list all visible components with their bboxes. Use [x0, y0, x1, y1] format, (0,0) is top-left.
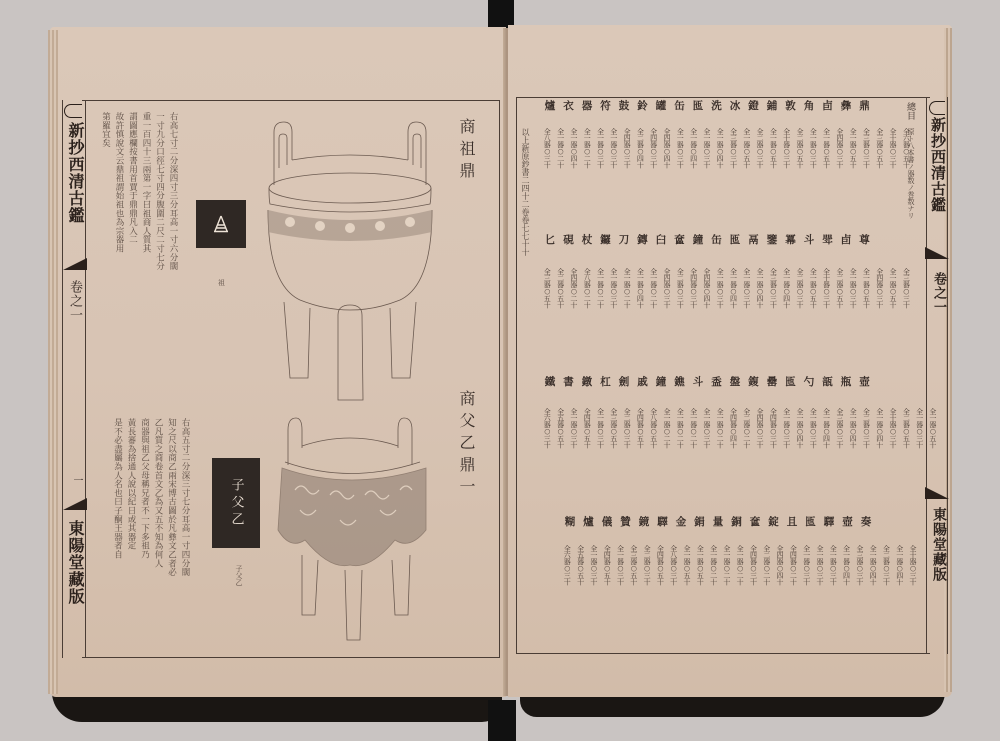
heading-cell: 戚 [633, 376, 652, 388]
count-column: 全一器○二十 [620, 268, 633, 368]
heading-cell: 卣 [818, 100, 837, 112]
toc-label: 總目 [904, 102, 917, 120]
count-column: 全一器○三十 [673, 128, 686, 233]
spine-publisher-right: 東陽堂藏版 [929, 507, 949, 582]
count-column: 全一器○三十 [826, 545, 839, 645]
description-col: 第羅宜矣 [100, 112, 111, 362]
count-column: 全一器○三十 [606, 268, 619, 368]
count-column: 全一器○二十 [646, 268, 659, 368]
seal-inscription-zu [196, 200, 246, 248]
item-title-shang-zu-ding: 商祖鼎 [455, 118, 478, 184]
spine-fish-mouth-icon [64, 104, 82, 118]
count-column: 全四器○五十 [653, 545, 666, 645]
heading-cell: 鋪 [762, 100, 781, 112]
heading-cell: 敦 [781, 100, 800, 112]
count-column: 全一器○三十 [813, 545, 826, 645]
count-column: 全三器○五十 [540, 268, 553, 368]
heading-cell: 糊 [560, 516, 579, 528]
heading-cell: 洗 [707, 100, 726, 112]
seal-caption-zu: 祖 [218, 278, 225, 288]
heading-cell: 刀 [614, 234, 633, 246]
count-column: 全六器○五十 [899, 128, 912, 233]
section-2-data-table: 全三器○三十全一器○五十全四器○三十全一器○五十全一器○三十全二器○五十全十器○… [540, 268, 912, 368]
description-col: 商器與祖乙父母稱兄者不一下多祖乃 [139, 418, 150, 658]
count-column: 全二器○三十 [620, 408, 633, 508]
count-column: 全一器○二十 [553, 128, 566, 233]
heading-cell: 杠 [596, 376, 615, 388]
count-column: 全一器○五十 [766, 128, 779, 233]
count-column: 全一器○四十 [726, 268, 739, 368]
count-column: 全二器○三十 [859, 408, 872, 508]
count-column: 全一器○四十 [686, 128, 699, 233]
heading-cell: 勺 [799, 376, 818, 388]
bookmark-ribbon-bottom [488, 700, 516, 741]
count-column: 全一器○四十 [753, 268, 766, 368]
heading-cell: 鼓 [614, 100, 633, 112]
heading-cell: 爐 [540, 100, 559, 112]
heading-cell: 彝 [836, 100, 855, 112]
count-column: 全八器○五十 [646, 408, 659, 508]
heading-cell: 器 [577, 100, 596, 112]
spine-title-right: 新抄西清古鑑 [928, 117, 949, 213]
heading-cell: 鍑 [744, 376, 763, 388]
heading-cell: 錠 [764, 516, 783, 528]
count-column: 全四器○五十 [580, 408, 593, 508]
count-column: 全五器○五十 [573, 545, 586, 645]
heading-cell: 缶 [707, 234, 726, 246]
count-column: 全十器○三十 [779, 128, 792, 233]
ancestor-glyph-icon [213, 215, 229, 233]
heading-cell: 匕 [540, 234, 559, 246]
heading-cell: 爐 [579, 516, 598, 528]
section-3-headings: 壺 瓶 瓿 勺 匜 罍 鍑 盤 盉 斗 鐎 鐘 戚 劍 杠 鐓 書 鐵 [540, 376, 873, 388]
count-column: 全一器○三十 [806, 408, 819, 508]
count-column: 全一器○四十 [866, 545, 879, 645]
count-column: 全一器○五十 [819, 128, 832, 233]
heading-cell: 斗 [688, 376, 707, 388]
count-column: 全一器○四十 [839, 545, 852, 645]
heading-cell: 衣 [559, 100, 578, 112]
heading-cell: 鐙 [744, 100, 763, 112]
count-column: 全一器○二十 [580, 128, 593, 233]
count-column: 全三器○三十 [899, 268, 912, 368]
heading-cell: 奏 [856, 516, 875, 528]
count-column: 全一器○三十 [799, 545, 812, 645]
count-column: 全二器○五十 [793, 128, 806, 233]
count-column: 全四器○三十 [686, 268, 699, 368]
count-column: 全三器○五十 [872, 128, 885, 233]
count-column: 全十器○三十 [886, 128, 899, 233]
count-column: 全一器○二十 [660, 408, 673, 508]
description-col: 一寸九分口徑七寸四分腹圍二尺二寸七分 [154, 112, 165, 362]
description-col: 右高五寸二分深三寸七分耳高一寸四分闊 [180, 418, 191, 658]
count-column: 全一器○三十 [806, 128, 819, 233]
heading-cell: 冰 [725, 100, 744, 112]
heading-cell: 杖 [577, 234, 596, 246]
heading-cell: 匜 [801, 516, 820, 528]
section-4-data-table: 全十器○三十全一器○四十全二器○三十全一器○四十全三器○三十全一器○四十全一器○… [560, 545, 919, 645]
count-column: 全一器○二十 [706, 545, 719, 645]
count-column: 全二器○二十 [739, 408, 752, 508]
count-column: 全一器○二十 [686, 408, 699, 508]
count-column: 全二器○五十 [833, 268, 846, 368]
heading-cell: 鐵 [540, 376, 559, 388]
section-1-data-table: 全六器○五十全十器○三十全三器○五十全三器○三十全一器○五十全四器○三十全一器○… [540, 128, 912, 233]
description-col: 謂圖應欄按書用首賈于鼎鼎凡入二 [127, 112, 138, 362]
count-column: 全三器○三十 [859, 128, 872, 233]
count-column: 全五器○五十 [553, 408, 566, 508]
description-col: 是不必盡屬為人名也曰子酮王器者自 [112, 418, 123, 658]
heading-cell: 盉 [707, 376, 726, 388]
heading-cell: 銅 [727, 516, 746, 528]
section-1-headings: 鼎 彝 卣 角 敦 鋪 鐙 冰 洗 匜 缶 罐 鈴 鼓 符 器 衣 爐 [540, 100, 873, 112]
heading-cell: 瓿 [818, 376, 837, 388]
count-column: 全四器○三十 [746, 545, 759, 645]
heading-cell: 鼎 [855, 100, 874, 112]
count-column: 全四器○三十 [872, 268, 885, 368]
count-column: 全十器○三十 [906, 545, 919, 645]
count-column: 全八器○三十 [666, 545, 679, 645]
count-column: 全三器○三十 [853, 545, 866, 645]
heading-cell: 鬲 [744, 234, 763, 246]
count-column: 全一器○二十 [713, 408, 726, 508]
count-column: 全十器○三十 [819, 268, 832, 368]
section-2-headings: 尊 卣 斝 斗 冪 鑒 鬲 匜 缶 鐘 奩 臼 鏄 刀 鑼 杖 硯 匕 [540, 234, 873, 246]
count-column: 全四器○二十 [786, 545, 799, 645]
count-column: 全十器○三十 [886, 408, 899, 508]
count-column: 全三器○三十 [726, 128, 739, 233]
count-column: 全一器○三十 [739, 268, 752, 368]
count-column: 全三器○五十 [626, 545, 639, 645]
count-column: 全一器○五十 [680, 545, 693, 645]
heading-cell: 角 [799, 100, 818, 112]
heading-cell: 金 [671, 516, 690, 528]
heading-cell: 罍 [762, 376, 781, 388]
count-column: 全一器○二十 [593, 268, 606, 368]
count-column: 全四器○五十 [633, 408, 646, 508]
count-column: 全一器○三十 [587, 545, 600, 645]
count-column: 全一器○三十 [700, 408, 713, 508]
count-column: 全一器○三十 [713, 268, 726, 368]
heading-cell: 匜 [725, 234, 744, 246]
heading-cell: 盤 [725, 376, 744, 388]
left-page-edge [48, 30, 58, 694]
count-column: 全八器○二十 [580, 268, 593, 368]
heading-cell: 斝 [818, 234, 837, 246]
count-column: 全一器○五十 [846, 128, 859, 233]
heading-cell: 鐘 [651, 376, 670, 388]
item-title-shang-fu-yi-ding: 商父乙鼎一 [455, 390, 478, 500]
count-column: 全一器○三十 [593, 408, 606, 508]
seal-inscription-zi-fu-yi: 子父乙 [212, 458, 260, 548]
count-column: 全四器○四十 [660, 128, 673, 233]
count-column: 全二器○二十 [759, 545, 772, 645]
count-column: 全四器○三十 [646, 128, 659, 233]
heading-cell: 壺 [838, 516, 857, 528]
count-column: 全一器○四十 [846, 408, 859, 508]
seal-glyph-text: 子父乙 [227, 478, 246, 529]
count-column: 全一器○四十 [793, 408, 806, 508]
count-column: 全四器○四十 [773, 545, 786, 645]
right-spine-column: 新抄西清古鑑 卷之一 東陽堂藏版 [926, 97, 948, 654]
heading-cell: 硯 [559, 234, 578, 246]
heading-cell: 且 [782, 516, 801, 528]
count-column: 全一器○五十 [886, 268, 899, 368]
heading-cell: 鈴 [633, 100, 652, 112]
count-column: 全一器○三十 [593, 128, 606, 233]
count-column: 全一器○三十 [606, 128, 619, 233]
count-column: 全一器○四十 [892, 545, 905, 645]
count-column: 全四器○三十 [766, 408, 779, 508]
count-column: 全四器○三十 [833, 128, 846, 233]
count-column: 全二器○四十 [633, 128, 646, 233]
heading-cell: 缶 [670, 100, 689, 112]
heading-cell: 符 [596, 100, 615, 112]
heading-cell: 奩 [745, 516, 764, 528]
heading-cell: 量 [708, 516, 727, 528]
item-description-2: 右高五寸二分深三寸七分耳高一寸四分闊 知之尺以商乙兩宋博古圖於凡彝文乙者必 乙凡… [100, 418, 190, 658]
count-column: 全一器○二十 [673, 408, 686, 508]
count-column: 全四器○五十 [600, 545, 613, 645]
count-column: 全四器○三十 [620, 128, 633, 233]
count-column: 全一器○四十 [872, 408, 885, 508]
count-column: 全一器○五十 [926, 408, 939, 508]
count-column: 全一器○三十 [700, 128, 713, 233]
heading-cell: 驛 [819, 516, 838, 528]
description-col: 故許慎說文云鼎祖謂始祖也為宗器用 [114, 112, 125, 362]
heading-cell: 鐘 [688, 234, 707, 246]
count-column: 全三器○三十 [766, 268, 779, 368]
heading-cell: 匜 [781, 376, 800, 388]
count-column: 全三器○五十 [606, 408, 619, 508]
description-col: 知之尺以商乙兩宋博古圖於凡彝文乙者必 [166, 418, 177, 658]
heading-cell: 鐎 [670, 376, 689, 388]
count-column: 全一器○三十 [613, 545, 626, 645]
count-column: 全一器○五十 [859, 268, 872, 368]
count-column: 全三器○三十 [833, 408, 846, 508]
count-column: 全一器○四十 [779, 268, 792, 368]
count-column: 全四器○二十 [567, 268, 580, 368]
count-column: 全六器○三十 [540, 408, 553, 508]
heading-cell: 壺 [855, 376, 874, 388]
count-column: 全一器○五十 [693, 545, 706, 645]
count-column: 全一器○二十 [733, 545, 746, 645]
count-column: 全二器○五十 [899, 408, 912, 508]
count-column: 全二器○五十 [553, 268, 566, 368]
count-column: 全二器○三十 [879, 545, 892, 645]
heading-cell: 鑒 [762, 234, 781, 246]
heading-cell: 書 [559, 376, 578, 388]
count-column: 全一器○三十 [846, 268, 859, 368]
heading-cell: 奩 [670, 234, 689, 246]
count-column: 全二器○三十 [793, 268, 806, 368]
heading-cell: 驛 [653, 516, 672, 528]
count-column: 全六器○三十 [560, 545, 573, 645]
heading-cell: 卣 [836, 234, 855, 246]
count-column: 全四器○三十 [753, 408, 766, 508]
count-column: 全二器○三十 [640, 545, 653, 645]
section-4-headings: 奏 壺 驛 匜 且 錠 奩 銅 量 鋗 金 驛 鏡 贊 儀 爐 糊 [560, 516, 875, 528]
count-column: 全四器○三十 [660, 268, 673, 368]
ding-vessel-illustration-2 [260, 410, 440, 650]
count-column: 全一器○四十 [567, 128, 580, 233]
heading-cell: 鐓 [577, 376, 596, 388]
description-col: 黃長審為捨通人說以紀日或其器定 [126, 418, 137, 658]
description-col: 重一百四十三兩第一字曰祖商人質其 [141, 112, 152, 362]
heading-cell: 鏄 [633, 234, 652, 246]
heading-cell: 鋗 [690, 516, 709, 528]
count-column: 全四器○四十 [700, 268, 713, 368]
count-column: 全二器○三十 [753, 128, 766, 233]
heading-cell: 匜 [688, 100, 707, 112]
heading-cell: 鑼 [596, 234, 615, 246]
heading-cell: 贊 [616, 516, 635, 528]
count-column: 全二器○三十 [673, 268, 686, 368]
heading-cell: 罐 [651, 100, 670, 112]
description-col: 右高七寸二分深四寸三分耳高一寸六分闊 [168, 112, 179, 362]
fish-tail-icon [925, 247, 949, 259]
heading-cell: 瓶 [836, 376, 855, 388]
section-3-data-table: 全一器○五十全一器○三十全二器○五十全十器○三十全一器○四十全二器○三十全一器○… [540, 408, 939, 508]
count-column: 全四器○四十 [726, 408, 739, 508]
heading-cell: 臼 [651, 234, 670, 246]
count-column: 全一器○三十 [779, 408, 792, 508]
heading-cell: 劍 [614, 376, 633, 388]
count-column: 全一器○五十 [739, 128, 752, 233]
heading-cell: 儀 [597, 516, 616, 528]
heading-cell: 斗 [799, 234, 818, 246]
count-column: 全一器○三十 [567, 408, 580, 508]
description-col: 乙凡質之商卷首文乙為又五不知為何人 [153, 418, 164, 658]
count-column: 全一器○二十 [720, 545, 733, 645]
count-column: 全一器○四十 [713, 128, 726, 233]
spine-fish-mouth-icon [929, 101, 945, 115]
spine-volume-right: 卷之一 [929, 272, 948, 314]
heading-cell: 鏡 [634, 516, 653, 528]
seal-caption-zi-fu-yi: 子父乙 [234, 565, 244, 586]
count-column: 全一器○五十 [806, 268, 819, 368]
count-column: 全一器○三十 [912, 408, 925, 508]
count-column: 全一器○四十 [819, 408, 832, 508]
section-1-side-note: 以上新原鈔書二四十二卷卷七七十十 [520, 128, 530, 368]
count-column: 全一器○四十 [633, 268, 646, 368]
heading-cell: 尊 [855, 234, 874, 246]
count-column: 全八器○三十 [540, 128, 553, 233]
ding-vessel-illustration-1 [260, 110, 440, 405]
item-description-1: 右高七寸二分深四寸三分耳高一寸六分闊 一寸九分口徑七寸四分腹圍二尺二寸七分 重一… [100, 112, 178, 362]
heading-cell: 冪 [781, 234, 800, 246]
